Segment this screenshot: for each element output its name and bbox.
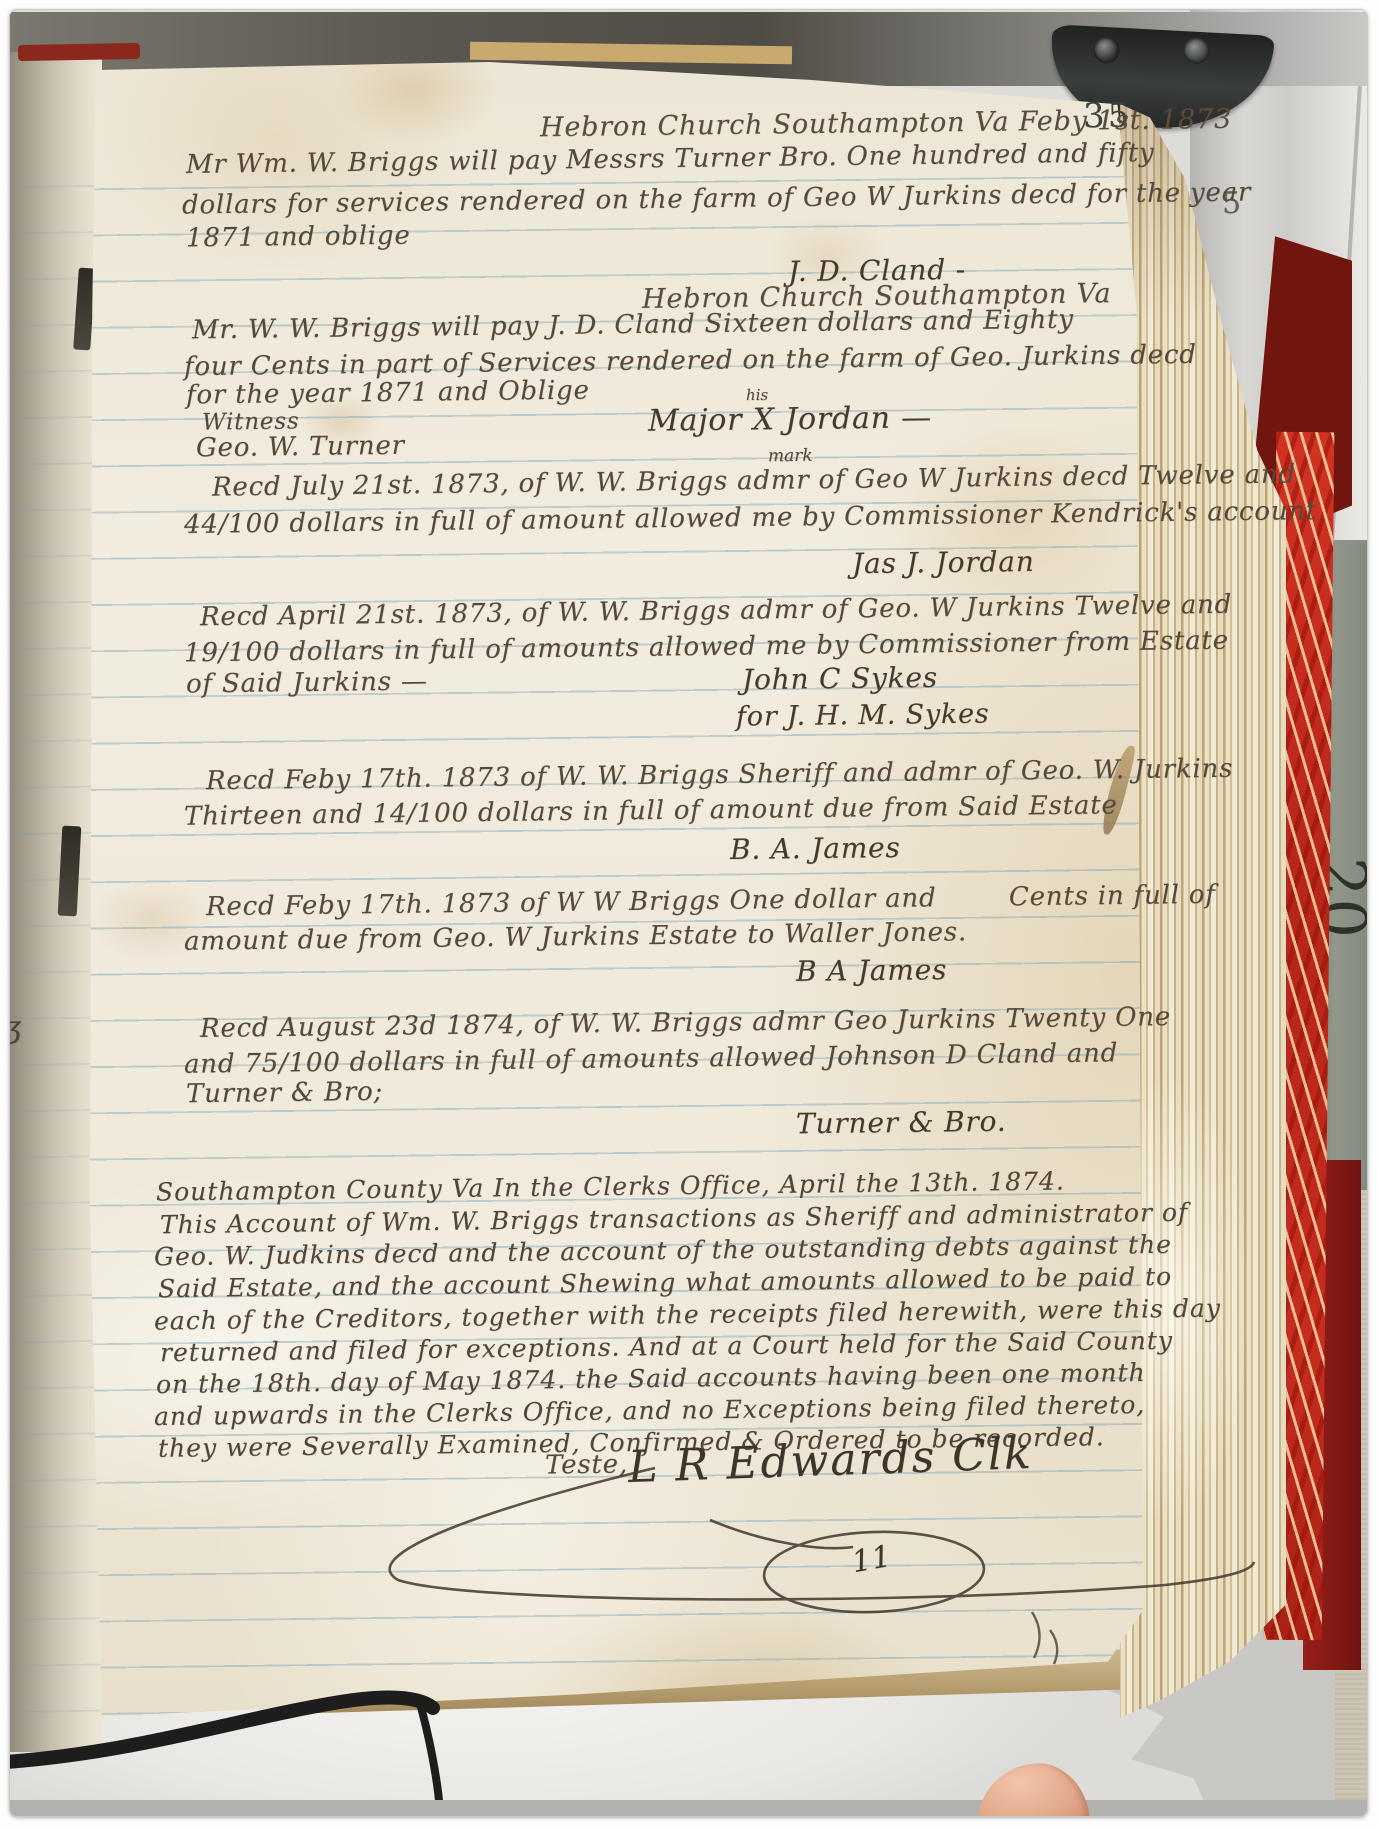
entry-7-signature: Turner & Bro.	[796, 1107, 1007, 1139]
gutter-ruled-lines	[10, 142, 102, 1752]
photo-of-ledger: 20 5 ʒ 35 Hebron Church Southampton Va F…	[10, 10, 1367, 1816]
entry-1-line-3: 1871 and oblige	[186, 223, 411, 253]
screenshot: { "page": { "number": "35", "margin_mark…	[0, 0, 1379, 1829]
entry-4-line-3: of Said Jurkins —	[186, 669, 428, 699]
entry-2-witness-name: Geo. W. Turner	[196, 433, 405, 463]
bracket-screw-right-icon	[1183, 37, 1210, 64]
closing-teste: Teste,	[545, 1451, 628, 1479]
left-page-margin-mark: ʒ	[10, 1012, 22, 1044]
entry-7-line-3: Turner & Bro;	[186, 1079, 383, 1109]
book-gutter	[10, 52, 102, 1752]
bracket-screw-left-icon	[1093, 36, 1120, 63]
entry-2-signature: Major X Jordan —	[648, 402, 932, 437]
entry-2-witness-label: Witness	[202, 409, 300, 434]
entry-4-signature-2: for J. H. M. Sykes	[736, 700, 990, 731]
entry-2-line-3: for the year 1871 and Oblige	[186, 378, 590, 410]
flourish-number: 11	[850, 1541, 895, 1579]
entry-3-signature: Jas J. Jordan	[852, 547, 1035, 579]
bottom-edge-strip	[10, 1800, 1367, 1816]
entry-2-signature-mark: mark	[768, 448, 813, 466]
entry-5-signature: B. A. James	[730, 833, 901, 864]
entry-6-signature: B A James	[796, 955, 948, 986]
cover-red-sliver	[18, 43, 140, 61]
entry-4-signature: John C Sykes	[742, 663, 938, 695]
